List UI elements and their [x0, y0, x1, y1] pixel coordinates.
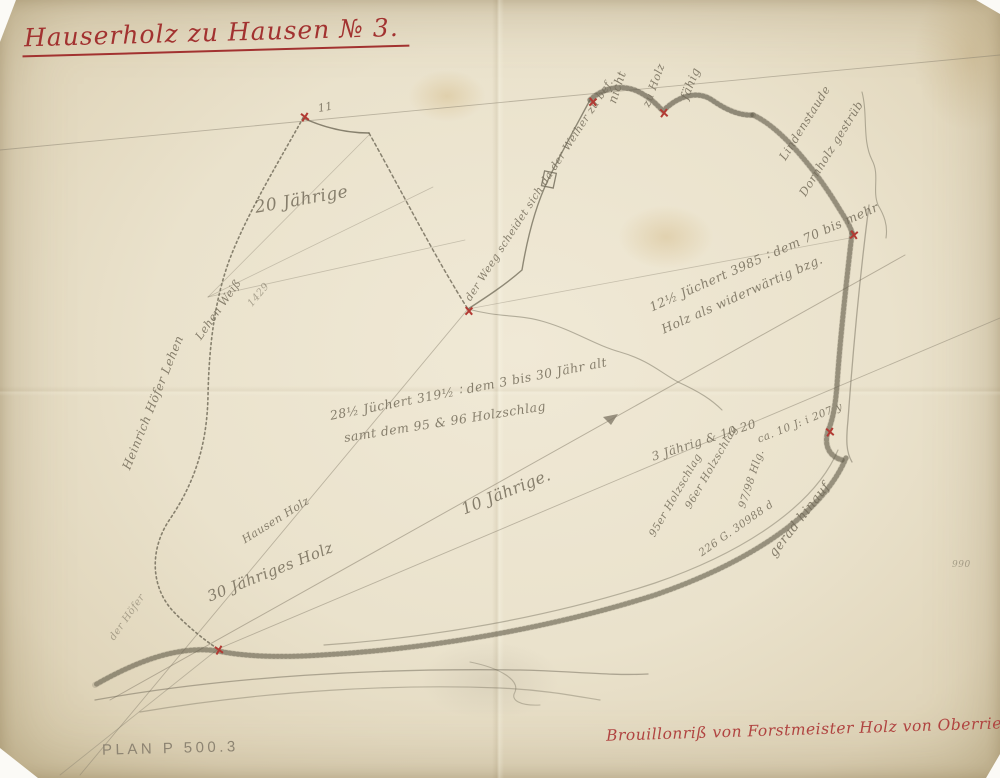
road-squiggle — [470, 662, 540, 705]
boundary-stone-marker — [825, 427, 836, 438]
map-annotation: 990 — [952, 560, 971, 570]
sight-line — [208, 240, 465, 297]
boundary-stone-marker — [299, 111, 310, 122]
boundary-stone-marker — [213, 644, 225, 656]
sight-line — [208, 135, 369, 297]
road-band-east — [827, 205, 869, 462]
boundary-stone-marker — [464, 306, 475, 317]
boundary-stone-marker — [588, 97, 599, 108]
sight-line — [218, 318, 1000, 649]
road-line-bottom — [140, 687, 600, 712]
road-band-south — [95, 450, 846, 685]
boundary-path-center — [369, 133, 468, 309]
survey-sketch-paper: 20 Jährige10 Jährige.28½ Jüchert 319½ ∶ … — [0, 0, 1000, 778]
sight-line — [80, 309, 468, 775]
boundary-stone-marker — [659, 108, 670, 119]
road-line-bottom — [95, 670, 648, 700]
archive-stamp: PLAN P 500.3 — [102, 738, 239, 759]
boundary-stone-marker — [848, 229, 860, 241]
map-annotation: 11 — [317, 99, 334, 114]
